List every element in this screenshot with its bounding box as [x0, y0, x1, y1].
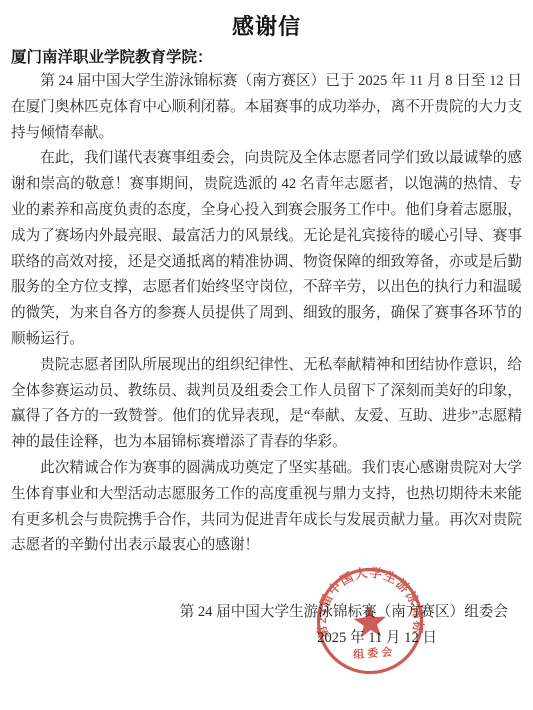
signature-date: 2025 年 11 月 12 日 [11, 626, 522, 652]
official-seal-stamp: 第24届中国大学生游泳锦标赛 组委会 [306, 557, 434, 685]
paragraph-closing: 此次精诚合作为赛事的圆满成功奠定了坚实基础。我们衷心感谢贵院对大学生体育事业和大… [11, 456, 522, 559]
signature-block: 第 24 届中国大学生游泳锦标赛（南方赛区）组委会 2025 年 11 月 12… [11, 600, 522, 652]
paragraph-volunteer-work: 在此，我们谨代表赛事组委会，向贵院及全体志愿者同学们致以最诚挚的感谢和崇高的敬意… [11, 146, 522, 352]
thank-you-letter-document: 感谢信 厦门南洋职业学院教育学院： 第 24 届中国大学生游泳锦标赛（南方赛区）… [0, 0, 533, 710]
seal-bottom-text: 组委会 [353, 644, 396, 661]
recipient-line: 厦门南洋职业学院教育学院： [11, 47, 522, 69]
letter-body: 第 24 届中国大学生游泳锦标赛（南方赛区）已于 2025 年 11 月 8 日… [11, 69, 522, 559]
letter-title: 感谢信 [11, 12, 522, 42]
paragraph-praise: 贵院志愿者团队所展现出的组织纪律性、无私奉献精神和团结协作意识，给全体参赛运动员… [11, 353, 522, 456]
paragraph-opening: 第 24 届中国大学生游泳锦标赛（南方赛区）已于 2025 年 11 月 8 日… [11, 69, 522, 146]
star-icon [353, 605, 387, 638]
signature-organization: 第 24 届中国大学生游泳锦标赛（南方赛区）组委会 [11, 600, 522, 626]
